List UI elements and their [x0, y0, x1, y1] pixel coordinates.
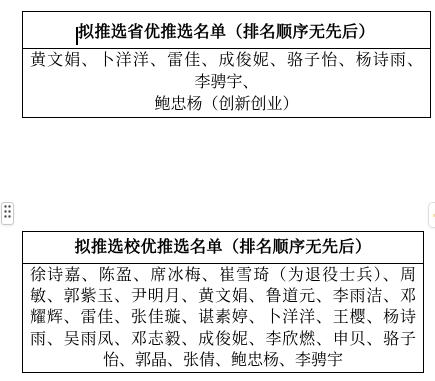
- provincial-table-body-cell[interactable]: 黄文娟、卜洋洋、雷佳、成俊妮、骆子怡、杨诗雨、 李骋宇、 鲍忠杨（创新创业）: [23, 49, 430, 116]
- edge-cropped-button[interactable]: [428, 202, 435, 228]
- school-table-title-cell[interactable]: 拟推选校优推选名单（排名顺序无先后）: [23, 232, 423, 264]
- text-cursor: [76, 27, 78, 45]
- school-list-table: 拟推选校优推选名单（排名顺序无先后） 徐诗嘉、陈盈、席冰梅、崔雪琦（为退役士兵）…: [22, 231, 424, 373]
- name-list-line: 敏、郭紫玉、尹明月、黄文娟、鲁道元、李雨洁、邓: [30, 286, 416, 307]
- name-list-line: 雨、吴雨凤、邓志毅、成俊妮、李欣燃、申贝、骆子: [30, 329, 416, 350]
- school-table-body-cell[interactable]: 徐诗嘉、陈盈、席冰梅、崔雪琦（为退役士兵）、周 敏、郭紫玉、尹明月、黄文娟、鲁道…: [23, 264, 423, 371]
- document-canvas: 拟推选省优推选名单（排名顺序无先后） 黄文娟、卜洋洋、雷佳、成俊妮、骆子怡、杨诗…: [0, 0, 435, 381]
- name-list-line: 徐诗嘉、陈盈、席冰梅、崔雪琦（为退役士兵）、周: [30, 265, 416, 286]
- name-list-line: 黄文娟、卜洋洋、雷佳、成俊妮、骆子怡、杨诗雨、: [30, 50, 423, 72]
- name-list-line: 鲍忠杨（创新创业）: [30, 94, 423, 116]
- school-table-title: 拟推选校优推选名单（排名顺序无先后）: [74, 239, 371, 256]
- provincial-table-title-cell[interactable]: 拟推选省优推选名单（排名顺序无先后）: [23, 12, 430, 49]
- provincial-table-title: 拟推选省优推选名单（排名顺序无先后）: [78, 24, 375, 41]
- name-list-line: 怡、郭晶、张倩、鲍忠杨、李骋宇: [30, 350, 416, 371]
- provincial-list-table: 拟推选省优推选名单（排名顺序无先后） 黄文娟、卜洋洋、雷佳、成俊妮、骆子怡、杨诗…: [22, 11, 431, 118]
- name-list-line: 李骋宇、: [30, 72, 423, 94]
- name-list-line: 耀辉、雷佳、张佳璇、谌素婷、卜洋洋、王樱、杨诗: [30, 307, 416, 328]
- block-drag-handle-button[interactable]: [1, 202, 14, 225]
- drag-handle-dots-icon: [3, 204, 12, 224]
